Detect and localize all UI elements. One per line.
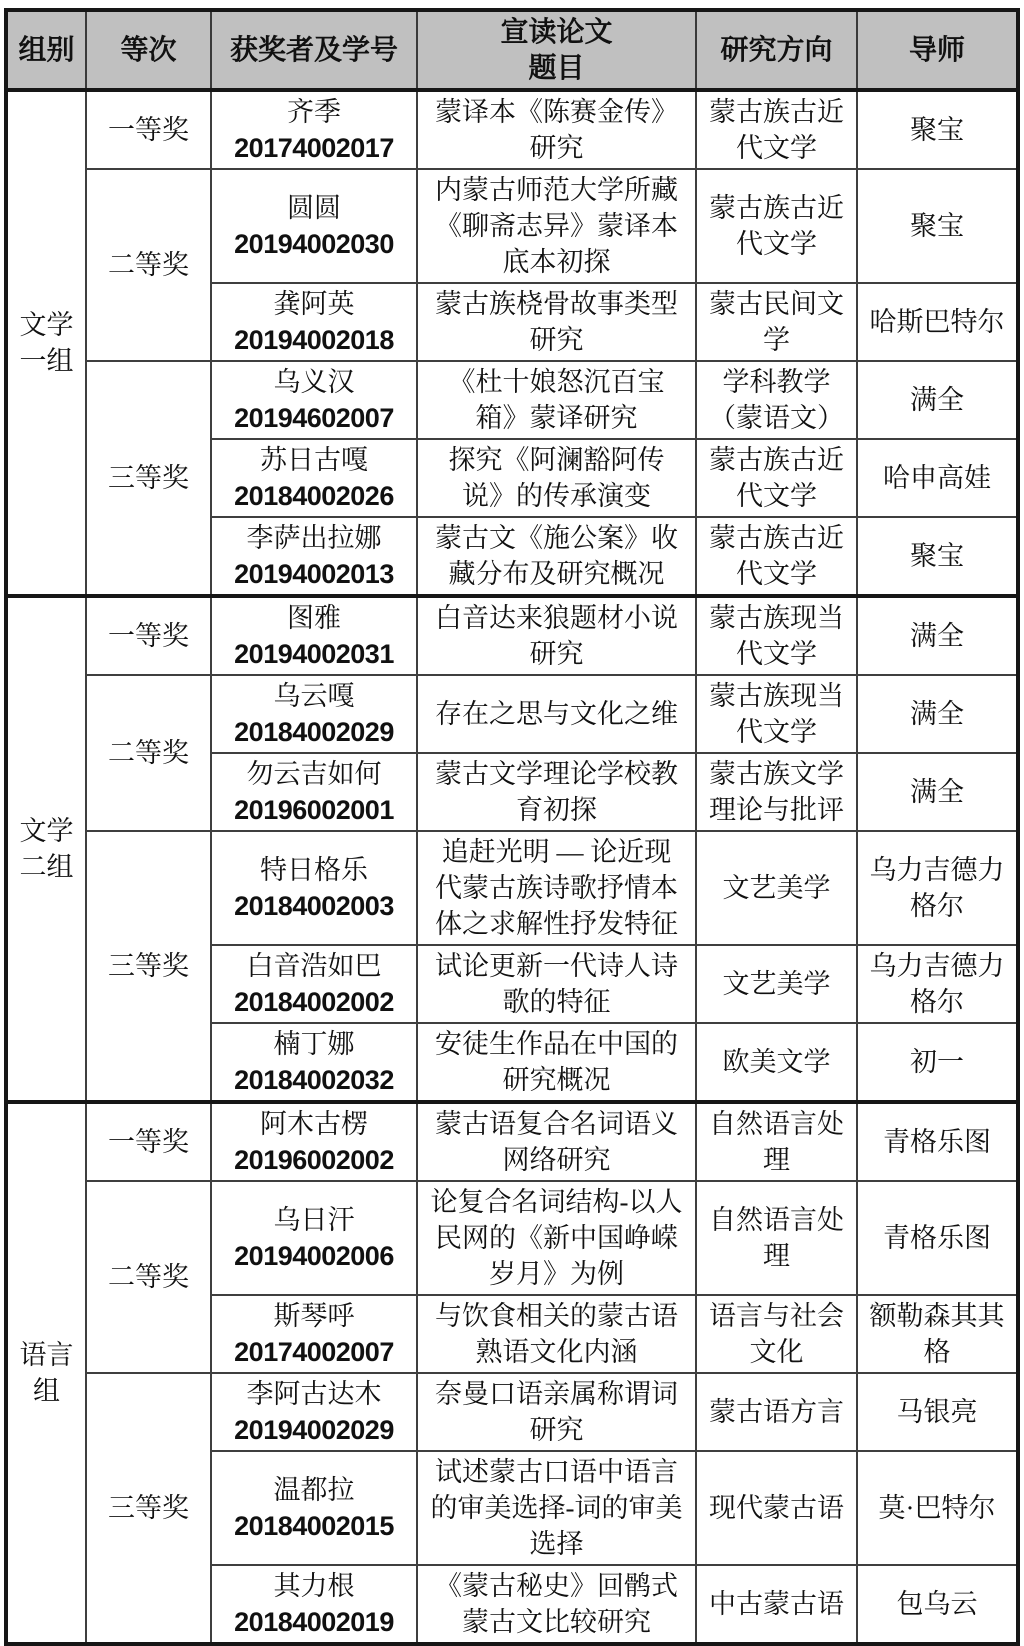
table-row: 二等奖乌日汗20194002006论复合名词结构-以人 民网的《新中国峥嵘 岁月… <box>6 1181 1018 1295</box>
table-row: 三等奖乌义汉20194602007《杜十娘怒沉百宝 箱》蒙译研究学科教学 （蒙语… <box>6 361 1018 439</box>
paper-title-cell: 白音达来狼题材小说 研究 <box>417 596 696 675</box>
paper-title-cell: 蒙古族桡骨故事类型 研究 <box>417 283 696 361</box>
direction-cell: 中古蒙古语 <box>696 1565 857 1644</box>
direction-cell: 学科教学 （蒙语文） <box>696 361 857 439</box>
direction-cell: 现代蒙古语 <box>696 1451 857 1565</box>
direction-cell: 自然语言处 理 <box>696 1102 857 1181</box>
mentor-cell: 满全 <box>857 753 1018 831</box>
student-id: 20174002017 <box>216 130 412 166</box>
direction-cell: 蒙古族文学 理论与批评 <box>696 753 857 831</box>
paper-title-cell: 《蒙古秘史》回鹘式 蒙古文比较研究 <box>417 1565 696 1644</box>
awardee-cell: 特日格乐20184002003 <box>211 831 417 945</box>
rank-cell: 二等奖 <box>86 1181 211 1373</box>
table-row: 三等奖特日格乐20184002003追赶光明 — 论近现 代蒙古族诗歌抒情本 体… <box>6 831 1018 945</box>
table-row: 三等奖李阿古达木20194002029奈曼口语亲属称谓词 研究蒙古语方言马银亮 <box>6 1373 1018 1451</box>
awardee-cell: 李萨出拉娜20194002013 <box>211 517 417 596</box>
direction-cell: 欧美文学 <box>696 1023 857 1102</box>
awards-table: 组别 等次 获奖者及学号 宣读论文 题目 研究方向 导师 文学 一组一等奖齐季2… <box>4 8 1020 1646</box>
paper-title-cell: 蒙古文《施公案》收 藏分布及研究概况 <box>417 517 696 596</box>
awardee-cell: 勿云吉如何20196002001 <box>211 753 417 831</box>
awardee-name: 乌云嘎 <box>216 678 412 714</box>
direction-cell: 自然语言处 理 <box>696 1181 857 1295</box>
student-id: 20184002032 <box>216 1062 412 1098</box>
student-id: 20184002002 <box>216 984 412 1020</box>
table-row: 文学 一组一等奖齐季20174002017蒙译本《陈赛金传》 研究蒙古族古近 代… <box>6 90 1018 169</box>
awardee-name: 乌日汗 <box>216 1202 412 1238</box>
awardee-cell: 温都拉20184002015 <box>211 1451 417 1565</box>
awardee-name: 齐季 <box>216 94 412 130</box>
awardee-name: 斯琴呼 <box>216 1298 412 1334</box>
awardee-name: 其力根 <box>216 1568 412 1604</box>
table-row: 语言 组一等奖阿木古楞20196002002蒙古语复合名词语义 网络研究自然语言… <box>6 1102 1018 1181</box>
paper-title-cell: 安徒生作品在中国的 研究概况 <box>417 1023 696 1102</box>
student-id: 20184002019 <box>216 1604 412 1640</box>
student-id: 20196002002 <box>216 1142 412 1178</box>
paper-title-cell: 蒙译本《陈赛金传》 研究 <box>417 90 696 169</box>
awardee-name: 圆圆 <box>216 190 412 226</box>
awardee-cell: 乌云嘎20184002029 <box>211 675 417 753</box>
awardee-cell: 乌日汗20194002006 <box>211 1181 417 1295</box>
rank-cell: 二等奖 <box>86 675 211 831</box>
student-id: 20194002006 <box>216 1238 412 1274</box>
mentor-cell: 聚宝 <box>857 517 1018 596</box>
awardee-name: 图雅 <box>216 600 412 636</box>
mentor-cell: 满全 <box>857 596 1018 675</box>
col-header-group: 组别 <box>6 10 86 90</box>
rank-cell: 一等奖 <box>86 1102 211 1181</box>
table-body: 文学 一组一等奖齐季20174002017蒙译本《陈赛金传》 研究蒙古族古近 代… <box>6 90 1018 1644</box>
direction-cell: 语言与社会 文化 <box>696 1295 857 1373</box>
col-header-rank: 等次 <box>86 10 211 90</box>
mentor-cell: 青格乐图 <box>857 1181 1018 1295</box>
awardee-cell: 齐季20174002017 <box>211 90 417 169</box>
student-id: 20184002026 <box>216 478 412 514</box>
col-header-mentor: 导师 <box>857 10 1018 90</box>
header-row: 组别 等次 获奖者及学号 宣读论文 题目 研究方向 导师 <box>6 10 1018 90</box>
awardee-cell: 其力根20184002019 <box>211 1565 417 1644</box>
mentor-cell: 聚宝 <box>857 90 1018 169</box>
table-row: 二等奖乌云嘎20184002029存在之思与文化之维蒙古族现当 代文学满全 <box>6 675 1018 753</box>
direction-cell: 蒙古族现当 代文学 <box>696 675 857 753</box>
mentor-cell: 青格乐图 <box>857 1102 1018 1181</box>
awardee-cell: 龚阿英20194002018 <box>211 283 417 361</box>
mentor-cell: 哈斯巴特尔 <box>857 283 1018 361</box>
awardee-cell: 苏日古嘎20184002026 <box>211 439 417 517</box>
paper-title-cell: 论复合名词结构-以人 民网的《新中国峥嵘 岁月》为例 <box>417 1181 696 1295</box>
awardee-cell: 乌义汉20194602007 <box>211 361 417 439</box>
student-id: 20196002001 <box>216 792 412 828</box>
awardee-name: 阿木古楞 <box>216 1106 412 1142</box>
mentor-cell: 乌力吉德力 格尔 <box>857 945 1018 1023</box>
awardee-name: 龚阿英 <box>216 286 412 322</box>
mentor-cell: 聚宝 <box>857 169 1018 283</box>
paper-title-cell: 追赶光明 — 论近现 代蒙古族诗歌抒情本 体之求解性抒发特征 <box>417 831 696 945</box>
paper-title-cell: 奈曼口语亲属称谓词 研究 <box>417 1373 696 1451</box>
awardee-name: 白音浩如巴 <box>216 948 412 984</box>
mentor-cell: 满全 <box>857 675 1018 753</box>
direction-cell: 蒙古族古近 代文学 <box>696 439 857 517</box>
col-header-awardee: 获奖者及学号 <box>211 10 417 90</box>
direction-cell: 蒙古族古近 代文学 <box>696 517 857 596</box>
direction-cell: 文艺美学 <box>696 831 857 945</box>
student-id: 20194002031 <box>216 636 412 672</box>
paper-title-cell: 试述蒙古口语中语言 的审美选择-词的审美 选择 <box>417 1451 696 1565</box>
awardee-name: 李阿古达木 <box>216 1376 412 1412</box>
paper-title-cell: 探究《阿澜豁阿传 说》的传承演变 <box>417 439 696 517</box>
mentor-cell: 哈申高娃 <box>857 439 1018 517</box>
awardee-cell: 李阿古达木20194002029 <box>211 1373 417 1451</box>
paper-title-cell: 《杜十娘怒沉百宝 箱》蒙译研究 <box>417 361 696 439</box>
mentor-cell: 初一 <box>857 1023 1018 1102</box>
rank-cell: 二等奖 <box>86 169 211 361</box>
group-cell: 文学 二组 <box>6 596 86 1102</box>
rank-cell: 三等奖 <box>86 361 211 596</box>
paper-title-cell: 与饮食相关的蒙古语 熟语文化内涵 <box>417 1295 696 1373</box>
awardee-cell: 楠丁娜20184002032 <box>211 1023 417 1102</box>
direction-cell: 蒙古族古近 代文学 <box>696 90 857 169</box>
student-id: 20194002029 <box>216 1412 412 1448</box>
awardee-name: 苏日古嘎 <box>216 442 412 478</box>
student-id: 20194602007 <box>216 400 412 436</box>
mentor-cell: 马银亮 <box>857 1373 1018 1451</box>
student-id: 20184002003 <box>216 888 412 924</box>
awardee-name: 温都拉 <box>216 1472 412 1508</box>
awardee-cell: 阿木古楞20196002002 <box>211 1102 417 1181</box>
awardee-cell: 图雅20194002031 <box>211 596 417 675</box>
mentor-cell: 乌力吉德力 格尔 <box>857 831 1018 945</box>
group-cell: 语言 组 <box>6 1102 86 1644</box>
paper-title-cell: 存在之思与文化之维 <box>417 675 696 753</box>
table-row: 二等奖圆圆20194002030内蒙古师范大学所藏 《聊斋志异》蒙译本 底本初探… <box>6 169 1018 283</box>
awardee-name: 楠丁娜 <box>216 1026 412 1062</box>
table-row: 文学 二组一等奖图雅20194002031白音达来狼题材小说 研究蒙古族现当 代… <box>6 596 1018 675</box>
rank-cell: 一等奖 <box>86 596 211 675</box>
rank-cell: 三等奖 <box>86 831 211 1102</box>
student-id: 20194002013 <box>216 556 412 592</box>
student-id: 20194002018 <box>216 322 412 358</box>
student-id: 20174002007 <box>216 1334 412 1370</box>
awardee-cell: 斯琴呼20174002007 <box>211 1295 417 1373</box>
mentor-cell: 莫·巴特尔 <box>857 1451 1018 1565</box>
student-id: 20194002030 <box>216 226 412 262</box>
student-id: 20184002029 <box>216 714 412 750</box>
col-header-direction: 研究方向 <box>696 10 857 90</box>
paper-title-cell: 蒙古语复合名词语义 网络研究 <box>417 1102 696 1181</box>
direction-cell: 蒙古族古近 代文学 <box>696 169 857 283</box>
paper-title-cell: 内蒙古师范大学所藏 《聊斋志异》蒙译本 底本初探 <box>417 169 696 283</box>
mentor-cell: 额勒森其其 格 <box>857 1295 1018 1373</box>
col-header-paper-title: 宣读论文 题目 <box>417 10 696 90</box>
rank-cell: 三等奖 <box>86 1373 211 1644</box>
direction-cell: 蒙古族现当 代文学 <box>696 596 857 675</box>
awardee-cell: 白音浩如巴20184002002 <box>211 945 417 1023</box>
awardee-name: 特日格乐 <box>216 852 412 888</box>
student-id: 20184002015 <box>216 1508 412 1544</box>
awardee-name: 李萨出拉娜 <box>216 520 412 556</box>
mentor-cell: 满全 <box>857 361 1018 439</box>
rank-cell: 一等奖 <box>86 90 211 169</box>
direction-cell: 文艺美学 <box>696 945 857 1023</box>
direction-cell: 蒙古民间文 学 <box>696 283 857 361</box>
awardee-name: 乌义汉 <box>216 364 412 400</box>
paper-title-cell: 蒙古文学理论学校教 育初探 <box>417 753 696 831</box>
group-cell: 文学 一组 <box>6 90 86 596</box>
awardee-name: 勿云吉如何 <box>216 756 412 792</box>
mentor-cell: 包乌云 <box>857 1565 1018 1644</box>
paper-title-cell: 试论更新一代诗人诗 歌的特征 <box>417 945 696 1023</box>
awardee-cell: 圆圆20194002030 <box>211 169 417 283</box>
direction-cell: 蒙古语方言 <box>696 1373 857 1451</box>
